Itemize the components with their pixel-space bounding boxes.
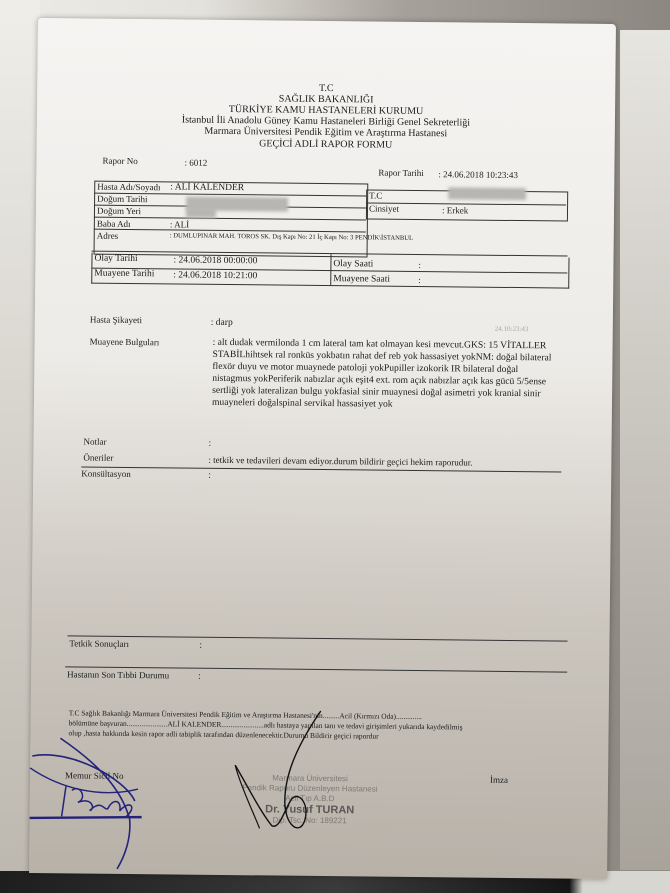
test-results-value: : (199, 641, 202, 651)
complaint-label: Hasta Şikayeti (90, 315, 142, 326)
exam-date-label: Muayene Tarihi (94, 269, 154, 280)
gender-label: Cinsiyet (369, 203, 399, 213)
patient-name-label: Hasta Adı/Soyadı (97, 182, 160, 193)
notes-label: Notlar (84, 437, 107, 447)
document-header: T.C SAĞLIK BAKANLIĞI TÜRKİYE KAMU HASTAN… (37, 80, 616, 153)
findings-value: : alt dudak vermilonda 1 cm lateral tam … (212, 337, 555, 413)
exam-time-label: Muayene Saati (333, 274, 390, 285)
redacted-birthplace (186, 208, 216, 218)
recommendations-value: : tetkik ve tedavileri devam ediyor.duru… (208, 455, 472, 468)
report-date-value: : 24.06.2018 10:23:43 (438, 169, 518, 180)
gender-value: : Erkek (442, 205, 468, 215)
consultation-value: : (208, 471, 211, 481)
test-results-label: Tetkik Sonuçları (69, 638, 129, 649)
doctor-signature-icon (229, 710, 350, 851)
tc-label: T.C (369, 190, 382, 200)
final-status-value: : (198, 672, 201, 682)
redacted-tc-number (448, 187, 526, 200)
divider (68, 635, 568, 641)
father-name-label: Baba Adı (97, 219, 131, 229)
divider (81, 466, 561, 472)
event-date-label: Olay Tarihi (94, 254, 137, 264)
patient-name-value: : ALİ KALENDER (170, 182, 244, 193)
findings-label: Muayene Bulguları (90, 337, 160, 348)
father-name-value: : ALİ (170, 219, 189, 229)
event-time-label: Olay Saati (333, 259, 373, 269)
signature-label: İmza (490, 775, 508, 785)
event-time-value: : (418, 260, 421, 270)
recommendations-label: Öneriler (83, 452, 113, 462)
dob-label: Doğum Tarihi (97, 194, 148, 205)
address-label: Adres (97, 231, 119, 241)
faint-timestamp: 24.10:23:43 (495, 325, 529, 333)
report-date-label: Rapor Tarihi (378, 168, 424, 178)
complaint-value: : darp (211, 318, 233, 328)
birthplace-label: Doğum Yeri (97, 206, 141, 216)
consultation-label: Konsültasyon (81, 468, 131, 479)
report-document: T.C SAĞLIK BAKANLIĞI TÜRKİYE KAMU HASTAN… (29, 18, 616, 879)
background-page-right (620, 30, 670, 870)
event-date-value: : 24.06.2018 00:00:00 (173, 255, 257, 266)
exam-time-value: : (418, 275, 421, 285)
report-no-label: Rapor No (102, 156, 137, 166)
final-status-label: Hastanın Son Tıbbi Durumu (67, 669, 169, 680)
officer-signature-icon (29, 738, 170, 879)
report-no-value: : 6012 (184, 158, 207, 168)
notes-value: : (208, 439, 211, 449)
exam-date-value: : 24.06.2018 10:21:00 (173, 270, 257, 281)
